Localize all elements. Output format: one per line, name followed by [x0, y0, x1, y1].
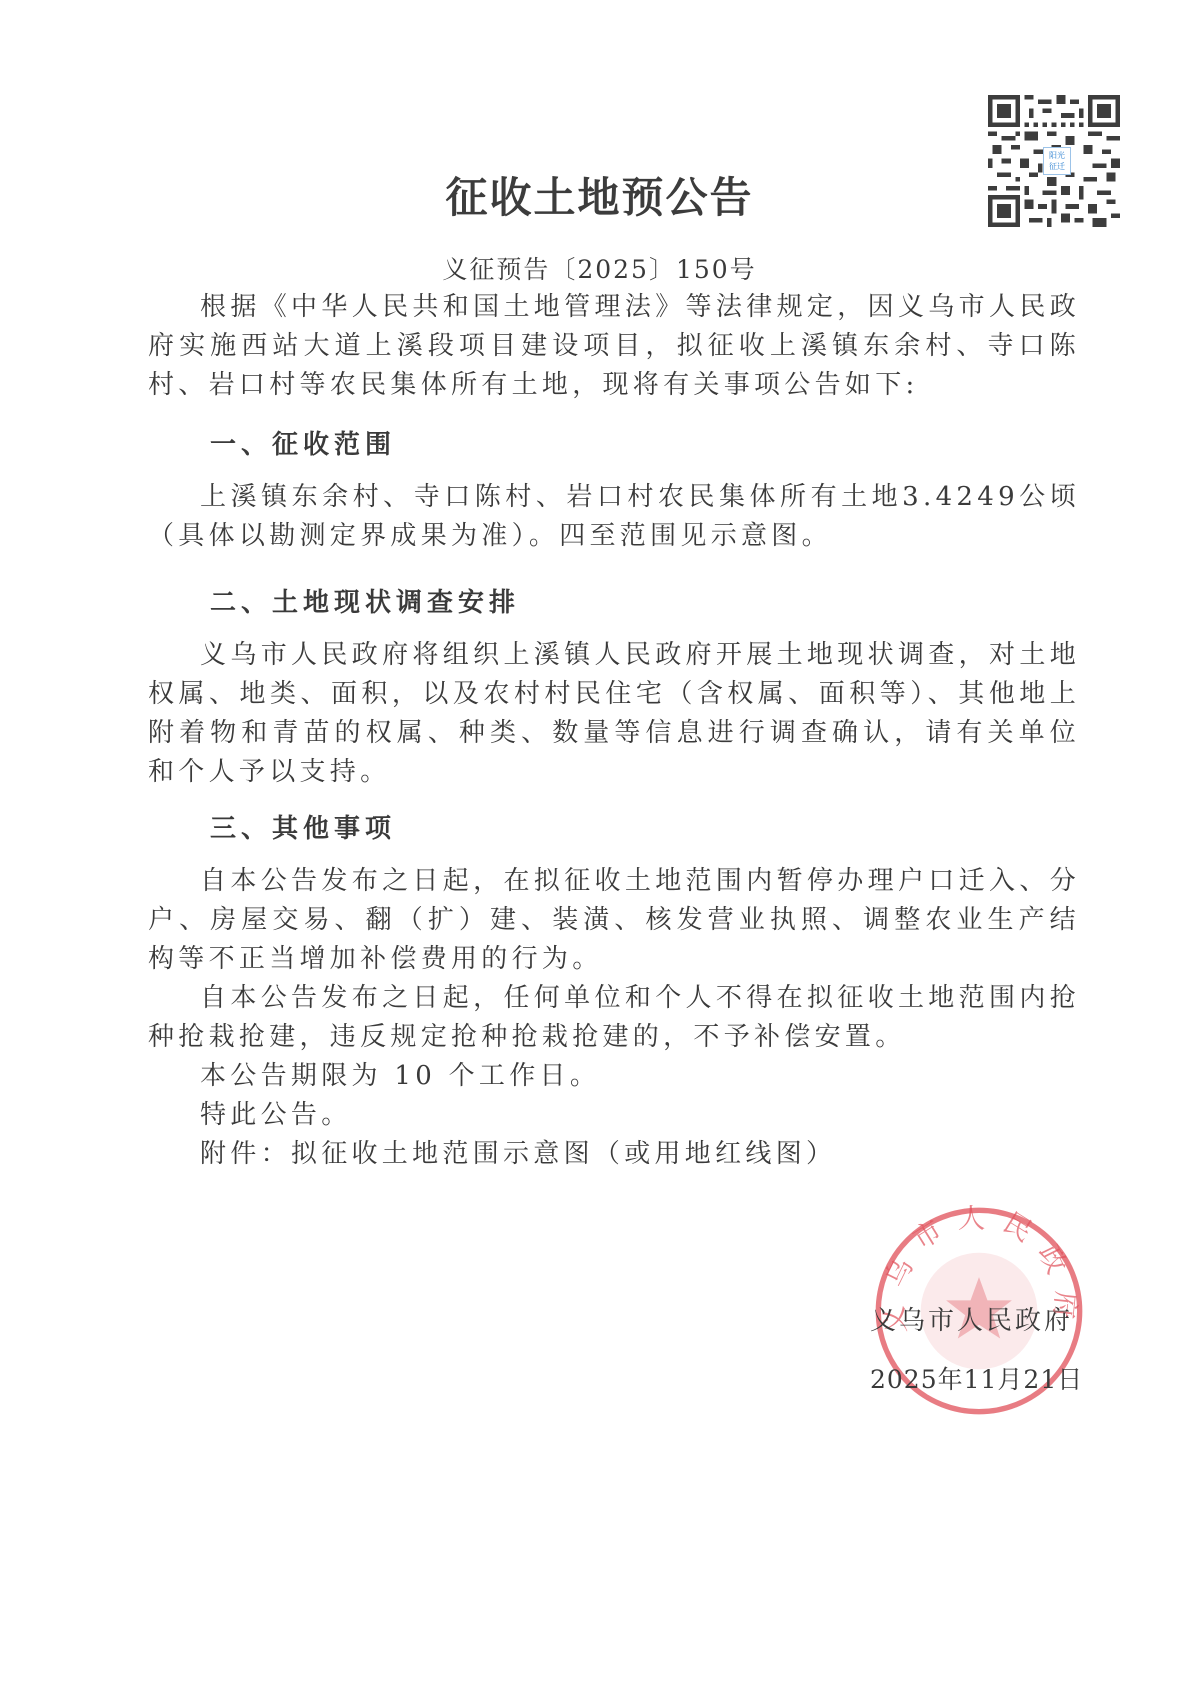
- document-page: 阳光 征迁 征收土地预公告 义征预告〔2025〕150号 根据《中华人民共和国土…: [0, 0, 1199, 1696]
- scope-paragraph: 上溪镇东余村、寺口陈村、岩口村农民集体所有土地3.4249公顷（具体以勘测定界成…: [148, 478, 1080, 556]
- other-paragraph-1: 自本公告发布之日起，在拟征收土地范围内暂停办理户口迁入、分户、房屋交易、翻（扩）…: [148, 862, 1080, 979]
- section-survey-body: 义乌市人民政府将组织上溪镇人民政府开展土地现状调查，对土地权属、地类、面积，以及…: [148, 636, 1080, 792]
- survey-paragraph: 义乌市人民政府将组织上溪镇人民政府开展土地现状调查，对土地权属、地类、面积，以及…: [148, 636, 1080, 792]
- signature-date: 2025年11月21日: [870, 1360, 1083, 1396]
- other-paragraph-2: 自本公告发布之日起，任何单位和个人不得在拟征收土地范围内抢种抢栽抢建，违反规定抢…: [148, 979, 1080, 1057]
- section-heading-other: 三、其他事项: [210, 808, 396, 845]
- signature-organization: 义乌市人民政府: [870, 1300, 1073, 1337]
- section-other-body: 自本公告发布之日起，在拟征收土地范围内暂停办理户口迁入、分户、房屋交易、翻（扩）…: [148, 862, 1080, 1174]
- document-number: 义征预告〔2025〕150号: [0, 250, 1199, 286]
- section-heading-scope: 一、征收范围: [210, 424, 396, 461]
- document-title: 征收土地预公告: [0, 165, 1199, 225]
- attachment-line: 附件：拟征收土地范围示意图（或用地红线图）: [148, 1135, 1080, 1174]
- section-scope-body: 上溪镇东余村、寺口陈村、岩口村农民集体所有土地3.4249公顷（具体以勘测定界成…: [148, 478, 1080, 556]
- other-paragraph-3: 本公告期限为 10 个工作日。: [148, 1057, 1080, 1096]
- intro-paragraph-block: 根据《中华人民共和国土地管理法》等法律规定，因义乌市人民政府实施西站大道上溪段项…: [148, 288, 1080, 405]
- other-paragraph-4: 特此公告。: [148, 1096, 1080, 1135]
- section-heading-survey: 二、土地现状调查安排: [210, 582, 520, 619]
- qr-badge-line1: 阳光: [1044, 150, 1070, 161]
- intro-paragraph: 根据《中华人民共和国土地管理法》等法律规定，因义乌市人民政府实施西站大道上溪段项…: [148, 288, 1080, 405]
